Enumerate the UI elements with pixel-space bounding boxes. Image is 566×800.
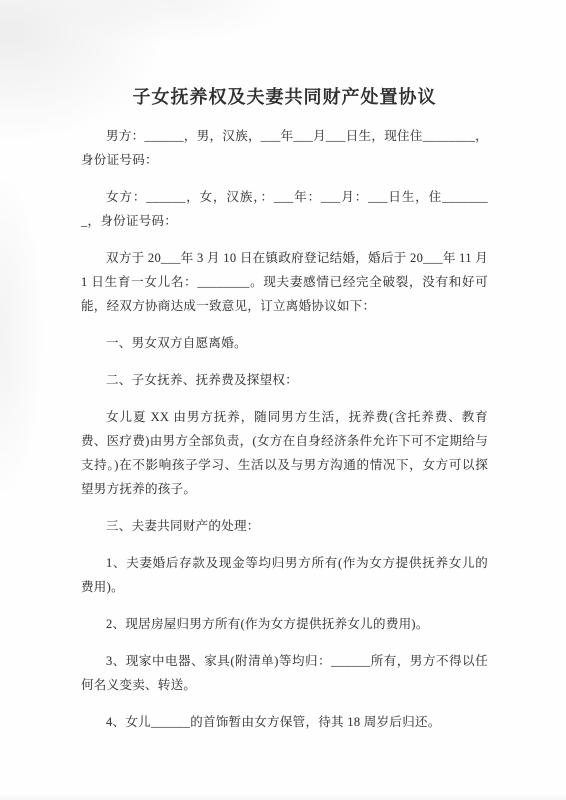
para-party-male: 男方：______，男，汉族，___年___月___日生，现住住________… — [81, 124, 488, 172]
property-item-2-house: 2、现居房屋归男方所有(作为女方提供抚养女儿的费用)。 — [81, 612, 488, 636]
scanned-document-page: 子女抚养权及夫妻共同财产处置协议 男方：______，男，汉族，___年___月… — [0, 0, 566, 800]
document-title: 子女抚养权及夫妻共同财产处置协议 — [81, 84, 488, 111]
clause-2-custody-heading: 二、子女抚养、抚养费及探望权： — [81, 368, 488, 392]
property-item-3-appliances: 3、现家中电器、家具(附清单)等均归：______所有，男方不得以任何名义变卖、… — [81, 649, 488, 697]
clause-1-voluntary-divorce: 一、男女双方自愿离婚。 — [81, 331, 488, 355]
clause-2-custody-detail: 女儿夏 XX 由男方抚养，随同男方生活，抚养费(含托养费、教育费、医疗费)由男方… — [81, 405, 488, 501]
para-party-female: 女方：______，女，汉族，：___年：___月：___日生，住_______… — [81, 185, 488, 233]
property-item-1-savings: 1、夫妻婚后存款及现金等均归男方所有(作为女方提供抚养女儿的费用)。 — [81, 551, 488, 599]
para-marriage-intro: 双方于 20___年 3 月 10 日在镇政府登记结婚，婚后于 20___年 1… — [81, 246, 488, 318]
clause-3-property-heading: 三、夫妻共同财产的处理： — [81, 514, 488, 538]
property-item-4-jewelry: 4、女儿______的首饰暂由女方保管，待其 18 周岁后归还。 — [81, 710, 488, 734]
